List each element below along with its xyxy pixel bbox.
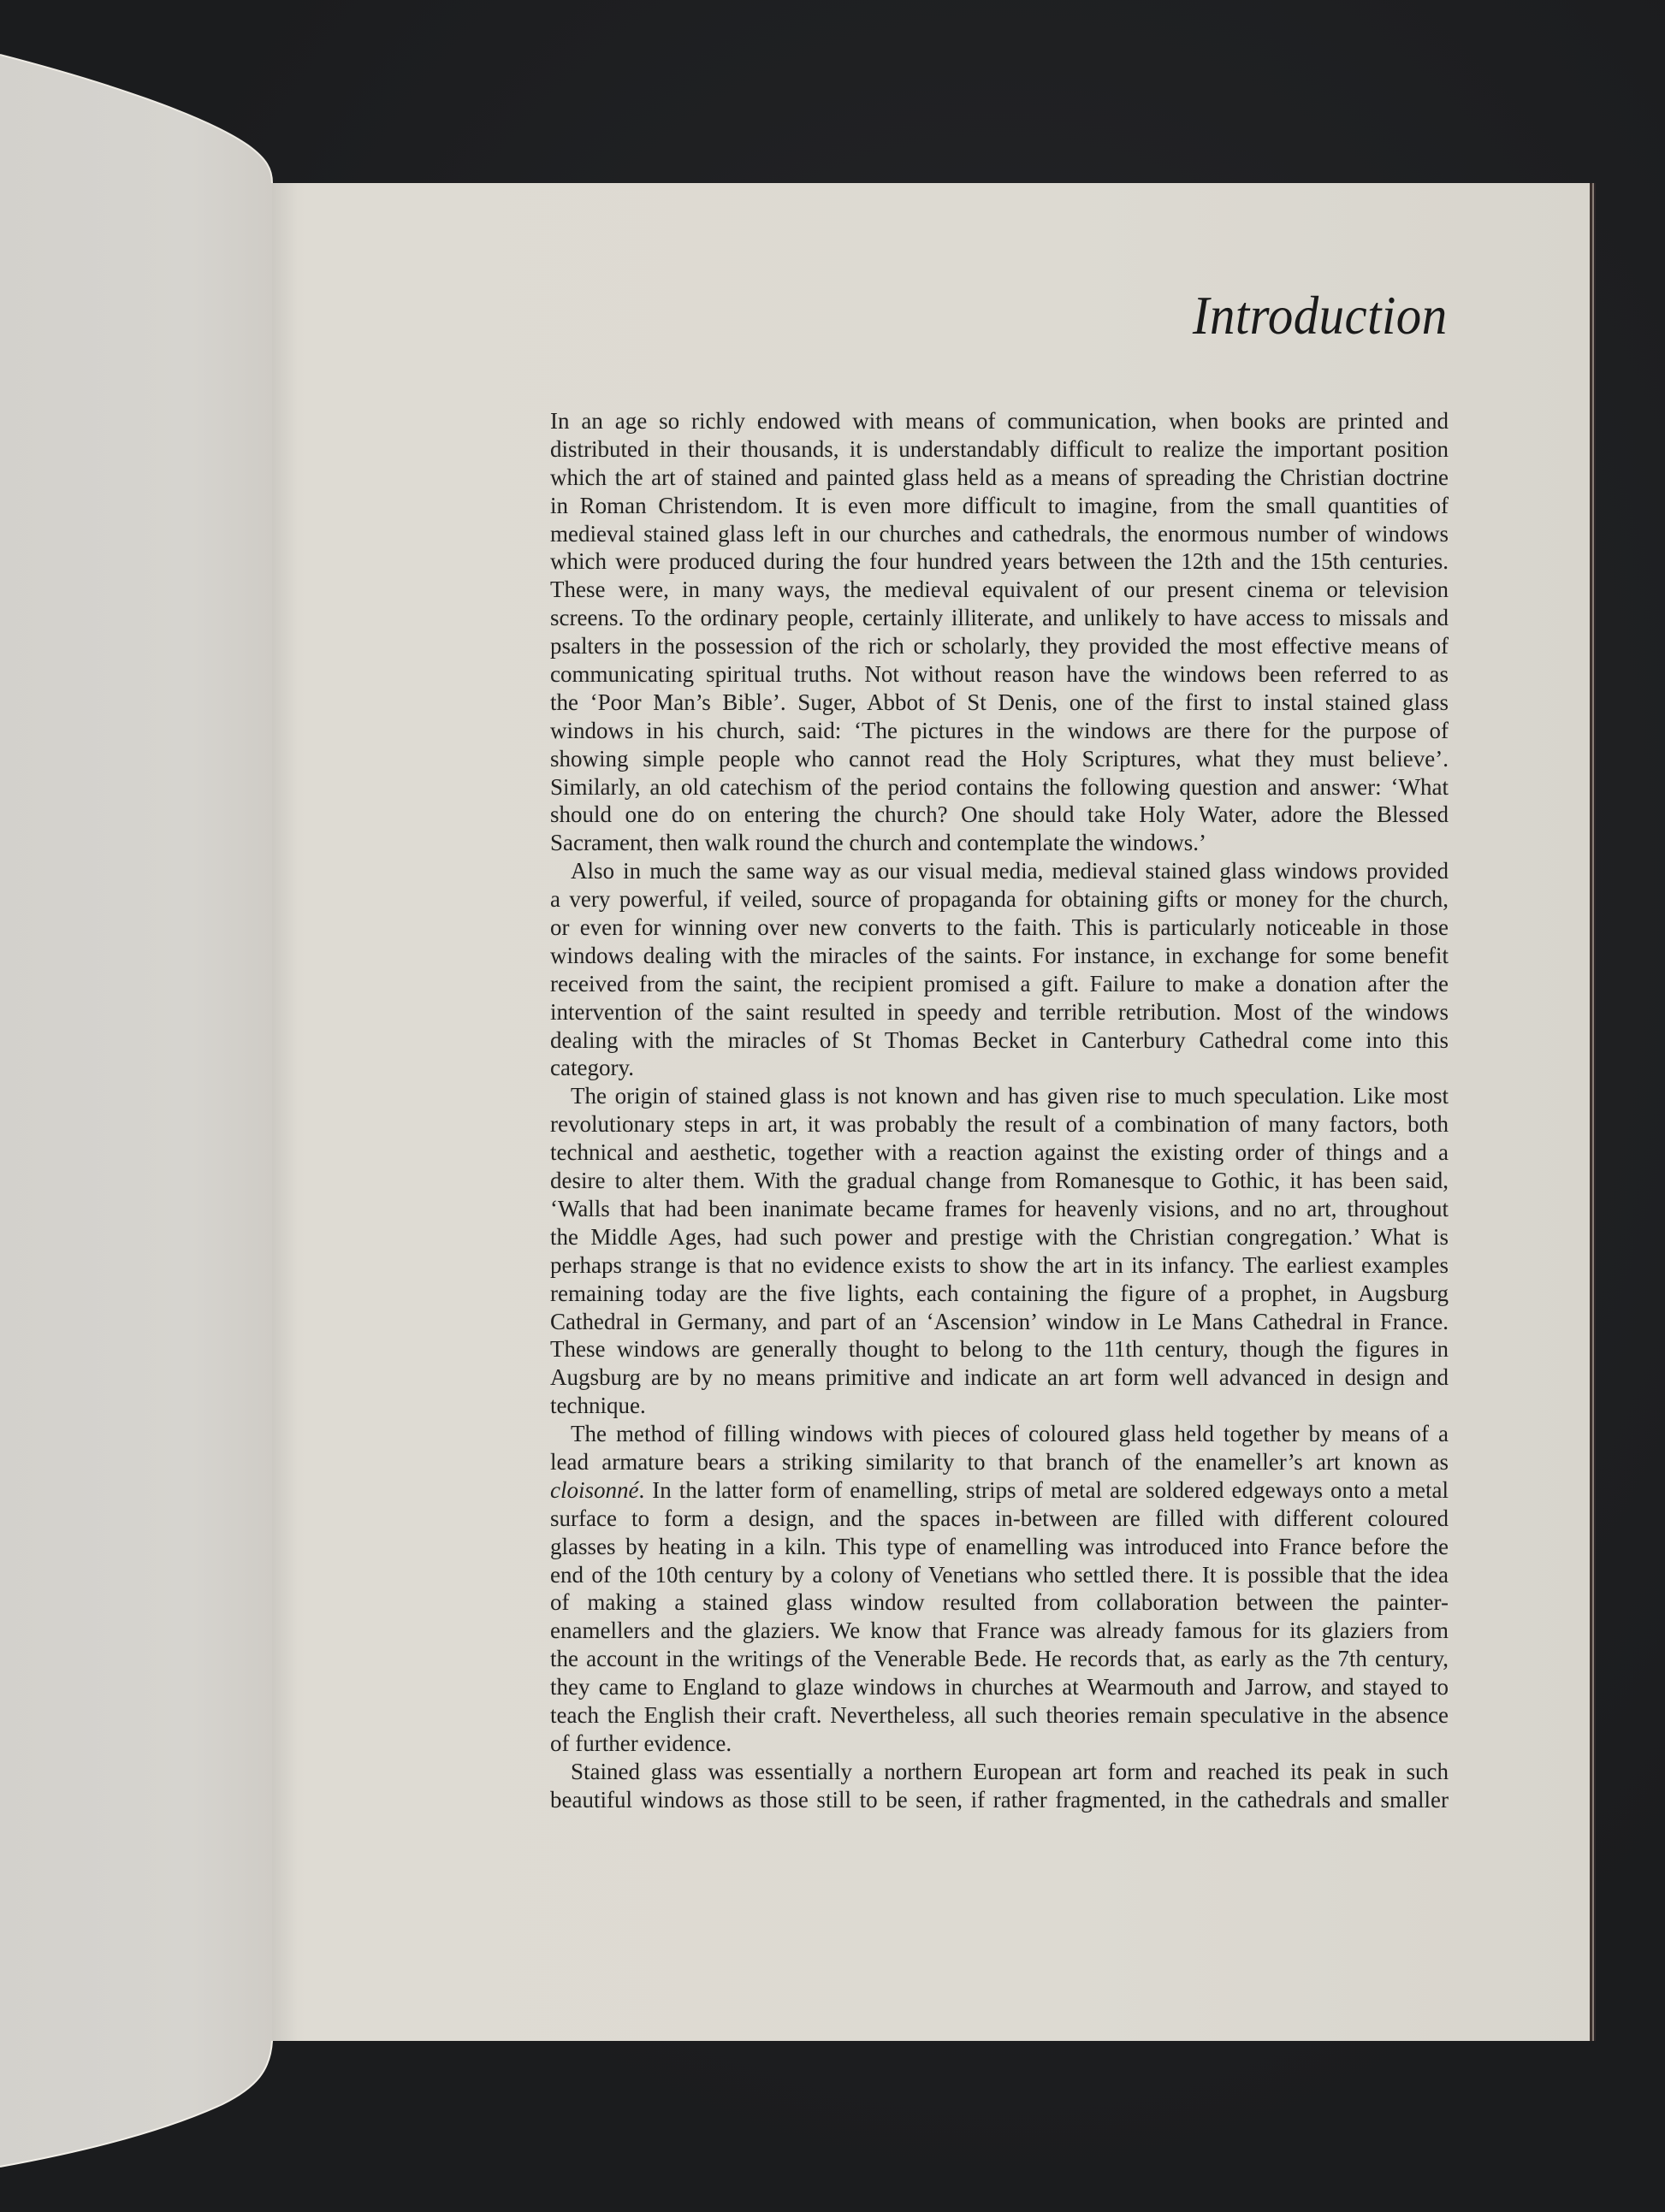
text-line: showing simple people who cannot read th… <box>550 745 1449 773</box>
text-line: end of the 10th century by a colony of V… <box>550 1561 1449 1589</box>
text-line: the Middle Ages, had such power and pres… <box>550 1223 1449 1251</box>
text-line: in Roman Christendom. It is even more di… <box>550 492 1449 520</box>
text-line: windows dealing with the miracles of the… <box>550 942 1449 970</box>
text-line: communicating spiritual truths. Not with… <box>550 660 1449 689</box>
book-page: Introduction In an age so richly endowed… <box>272 183 1590 2041</box>
text-line: windows in his church, said: ‘The pictur… <box>550 717 1449 745</box>
text-line: of making a stained glass window resulte… <box>550 1588 1449 1617</box>
text-line: In an age so richly endowed with means o… <box>550 407 1449 435</box>
text-line: medieval stained glass left in our churc… <box>550 520 1449 548</box>
gutter-shadow <box>272 183 298 2041</box>
text-line: technical and aesthetic, together with a… <box>550 1139 1449 1167</box>
text-line: Similarly, an old catechism of the perio… <box>550 773 1449 801</box>
text-line: technique. <box>550 1392 1449 1420</box>
text-line: perhaps strange is that no evidence exis… <box>550 1251 1449 1280</box>
text-line: ‘Walls that had been inanimate became fr… <box>550 1195 1449 1223</box>
text-line: or even for winning over new converts to… <box>550 914 1449 942</box>
text-line: the account in the writings of the Vener… <box>550 1645 1449 1673</box>
text-line: teach the English their craft. Neverthel… <box>550 1701 1449 1730</box>
text-line: Augsburg are by no means primitive and i… <box>550 1363 1449 1392</box>
text-line cloisonne-line: cloisonné. In the latter form of enamell… <box>550 1476 1449 1505</box>
text-line: surface to form a design, and the spaces… <box>550 1505 1449 1533</box>
paragraph-4: The method of filling windows with piece… <box>550 1420 1449 1758</box>
text-line: they came to England to glaze windows in… <box>550 1673 1449 1701</box>
text-line: lead armature bears a striking similarit… <box>550 1448 1449 1476</box>
text-line: remaining today are the five lights, eac… <box>550 1280 1449 1308</box>
text-line: revolutionary steps in art, it was proba… <box>550 1110 1449 1139</box>
text-line: psalters in the possession of the rich o… <box>550 632 1449 660</box>
body-text: In an age so richly endowed with means o… <box>550 407 1449 1814</box>
text-line: dealing with the miracles of St Thomas B… <box>550 1026 1449 1055</box>
text-line: beautiful windows as those still to be s… <box>550 1786 1449 1814</box>
text-line: The origin of stained glass is not known… <box>550 1082 1449 1110</box>
italic-term: cloisonné <box>550 1477 638 1503</box>
page-title: Introduction <box>1193 284 1448 347</box>
text-line: category. <box>550 1054 1449 1082</box>
text-line: intervention of the saint resulted in sp… <box>550 998 1449 1026</box>
text-line: Cathedral in Germany, and part of an ‘As… <box>550 1308 1449 1336</box>
text-line: received from the saint, the recipient p… <box>550 970 1449 998</box>
text-line: which were produced during the four hund… <box>550 547 1449 576</box>
text-line: These windows are generally thought to b… <box>550 1335 1449 1363</box>
text-line: Also in much the same way as our visual … <box>550 857 1449 885</box>
text-line: should one do on entering the church? On… <box>550 801 1449 829</box>
text-line: the ‘Poor Man’s Bible’. Suger, Abbot of … <box>550 689 1449 717</box>
paragraph-3: The origin of stained glass is not known… <box>550 1082 1449 1420</box>
text-line: of further evidence. <box>550 1730 1449 1758</box>
text-line: distributed in their thousands, it is un… <box>550 435 1449 464</box>
text-line: enamellers and the glaziers. We know tha… <box>550 1617 1449 1645</box>
paragraph-5: Stained glass was essentially a northern… <box>550 1758 1449 1814</box>
left-page-curl <box>0 0 282 2212</box>
text-line: These were, in many ways, the medieval e… <box>550 576 1449 604</box>
text-line: screens. To the ordinary people, certain… <box>550 604 1449 632</box>
text-line: which the art of stained and painted gla… <box>550 464 1449 492</box>
text-line: glasses by heating in a kiln. This type … <box>550 1533 1449 1561</box>
text-line: The method of filling windows with piece… <box>550 1420 1449 1448</box>
text-line: a very powerful, if veiled, source of pr… <box>550 885 1449 914</box>
paragraph-2: Also in much the same way as our visual … <box>550 857 1449 1082</box>
text-line: Stained glass was essentially a northern… <box>550 1758 1449 1786</box>
text-line: desire to alter them. With the gradual c… <box>550 1167 1449 1195</box>
paragraph-1: In an age so richly endowed with means o… <box>550 407 1449 857</box>
text-line: Sacrament, then walk round the church an… <box>550 829 1449 857</box>
